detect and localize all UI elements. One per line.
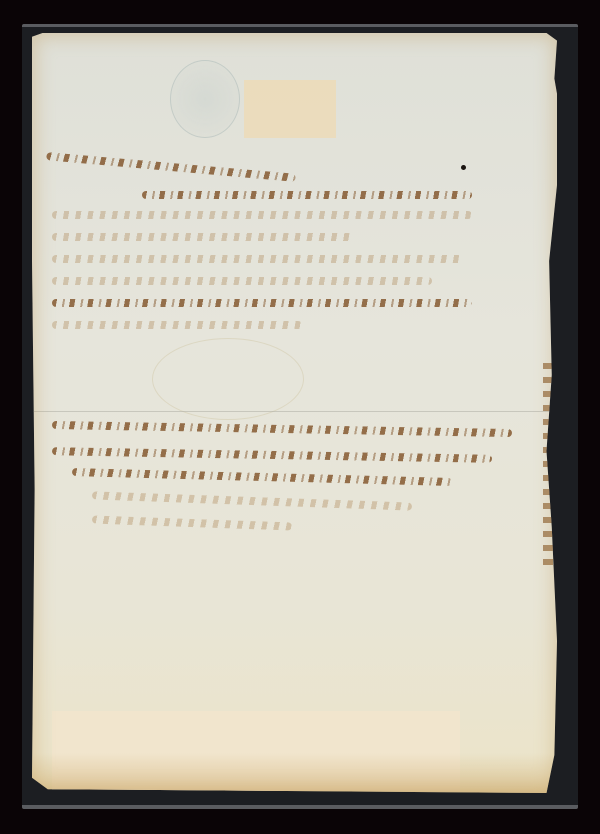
handwriting-line	[142, 191, 472, 199]
handwriting-line	[52, 255, 462, 263]
handwriting-line	[52, 321, 302, 329]
handwriting-line	[52, 299, 472, 307]
handwriting-line	[52, 233, 352, 241]
handwriting-line	[52, 421, 512, 437]
handwriting-line	[72, 468, 452, 486]
edge-foxing	[32, 33, 557, 793]
fold-crease	[32, 411, 557, 412]
handwriting-line-date	[46, 152, 296, 182]
handwriting-line	[92, 516, 292, 531]
watermark-seal-icon	[170, 60, 240, 138]
manuscript-page: Scanned handwritten manuscript page (rev…	[32, 33, 557, 793]
watermark-seal-icon	[152, 338, 304, 420]
water-stain	[32, 753, 557, 793]
handwriting-line	[52, 447, 492, 463]
paper-patch	[244, 80, 336, 138]
ink-dot	[461, 165, 466, 170]
handwriting-line	[52, 277, 432, 285]
handwriting-line	[92, 491, 412, 510]
handwriting-line	[52, 211, 472, 219]
